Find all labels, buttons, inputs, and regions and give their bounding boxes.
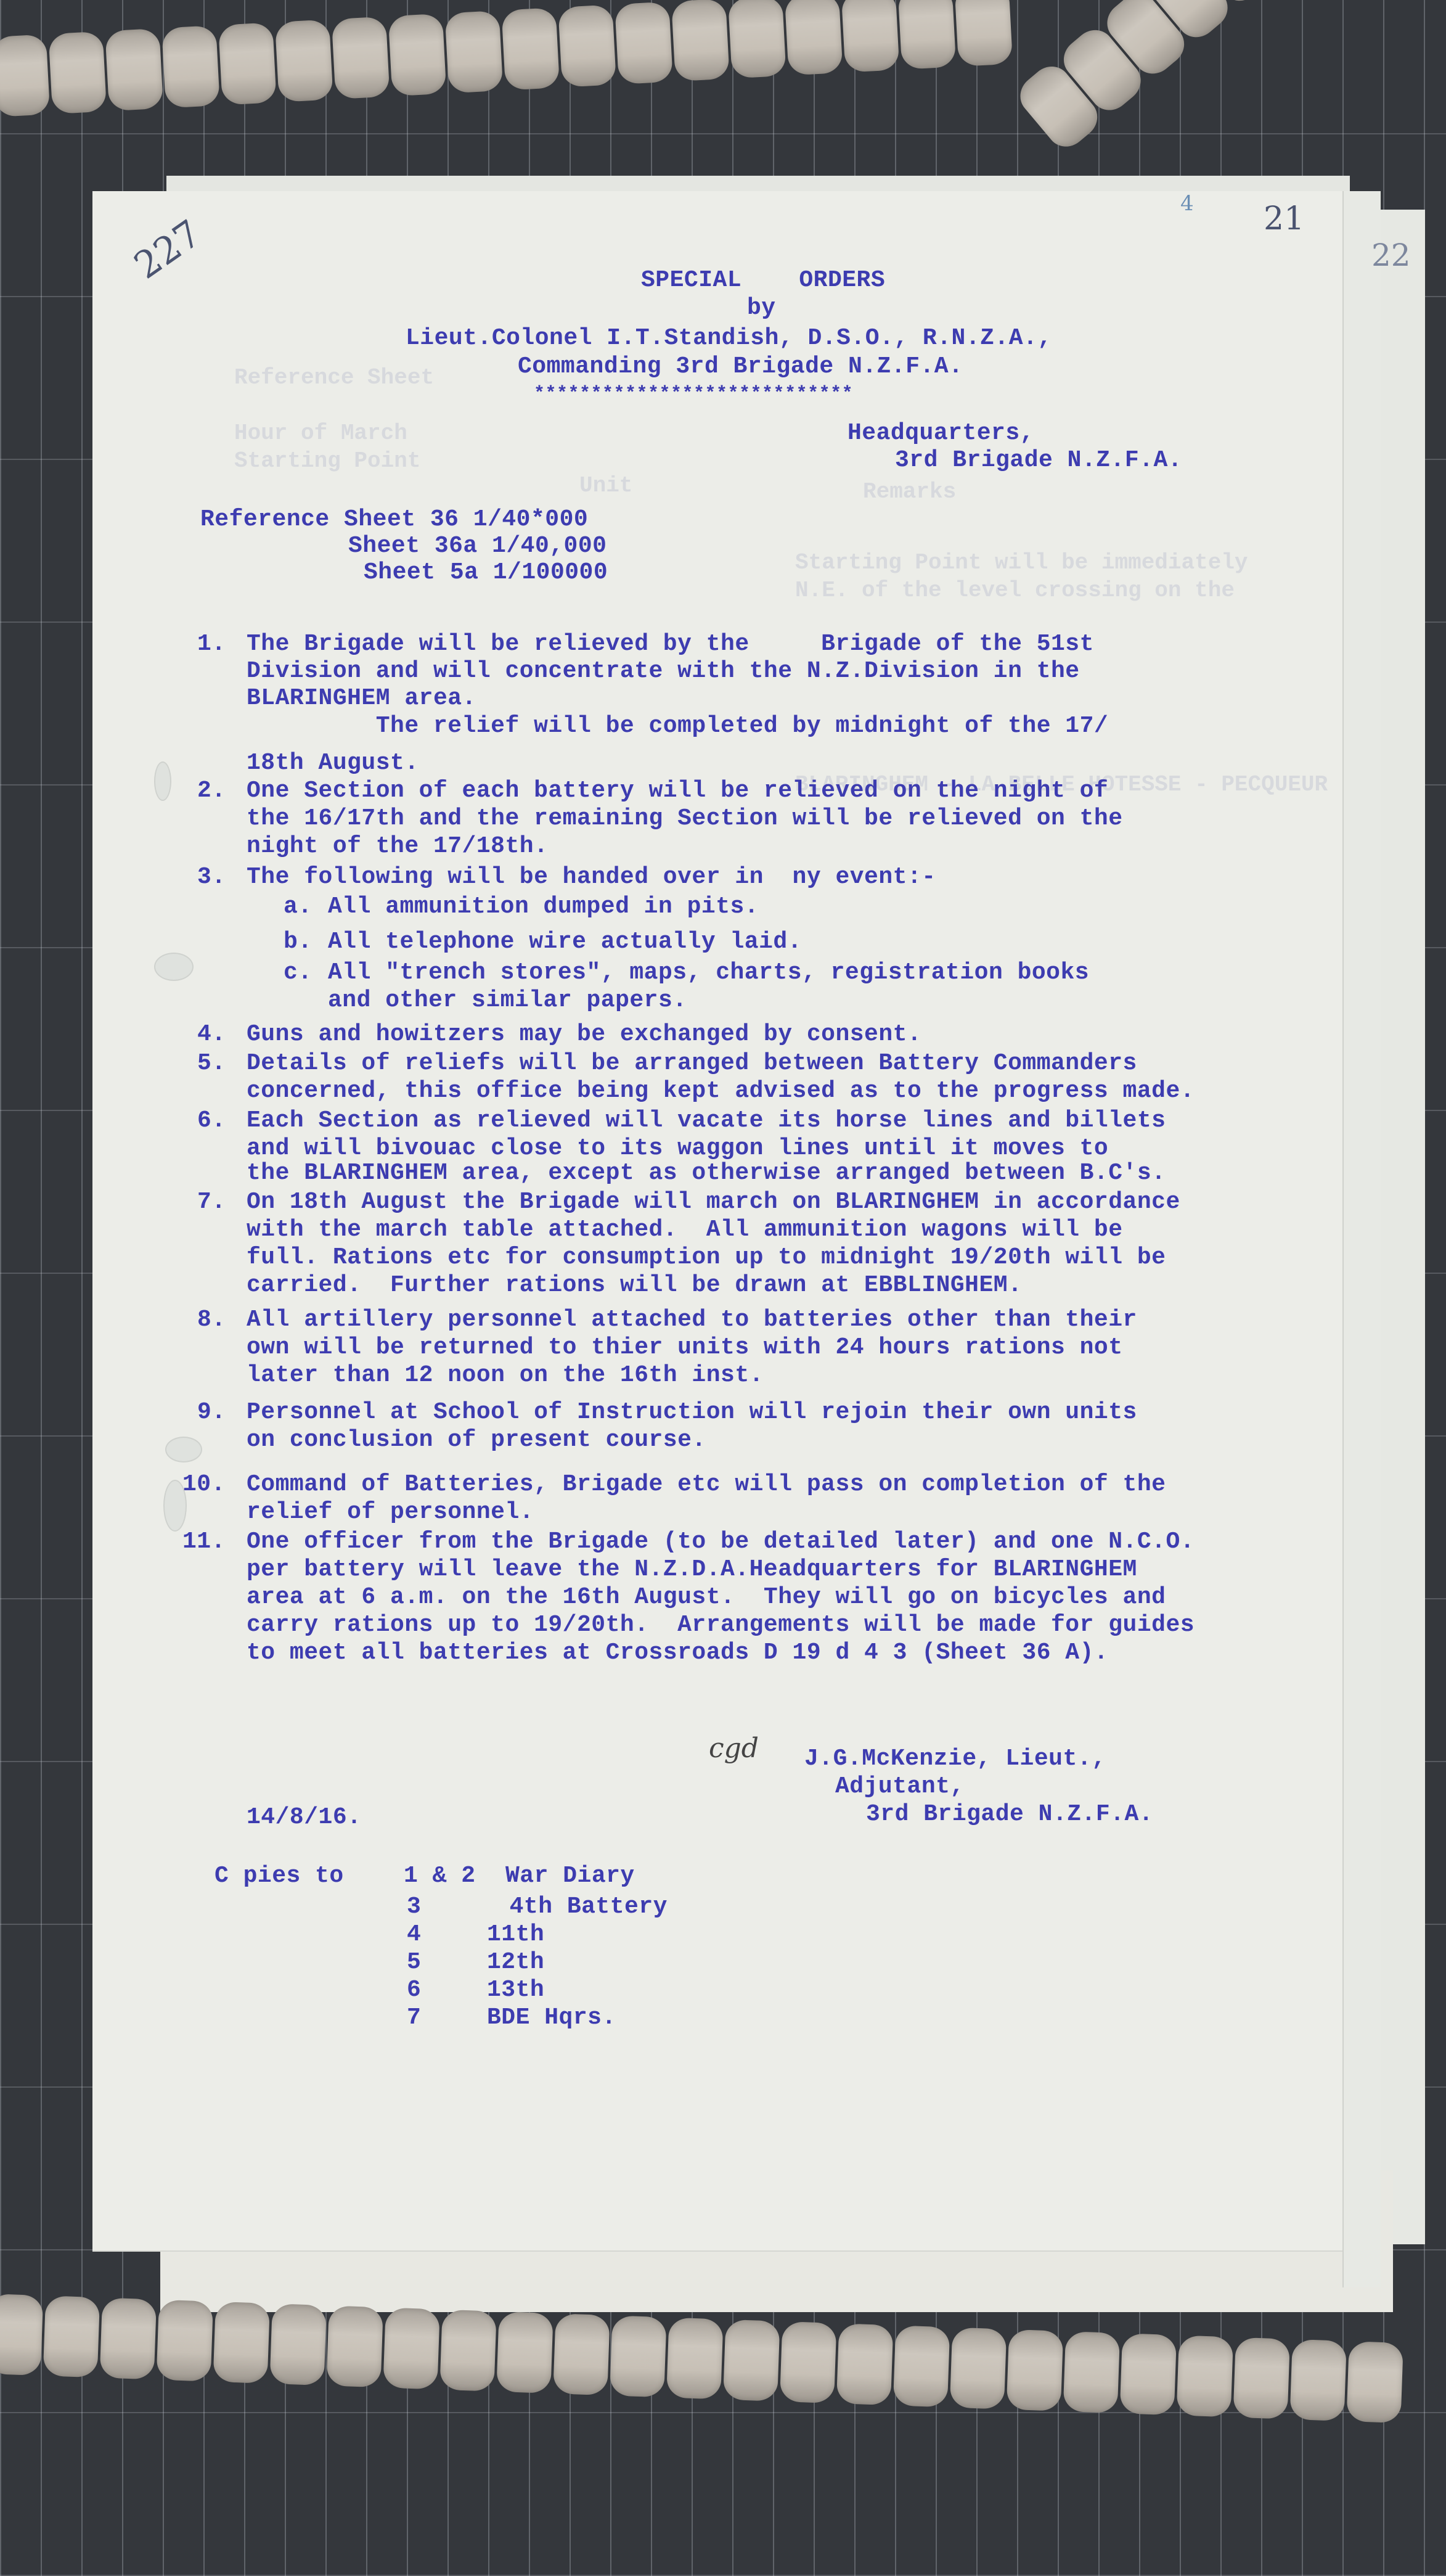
- suborder-number: c.: [284, 959, 312, 987]
- order-8-line: own will be returned to thier units with…: [247, 1334, 1123, 1361]
- order-6-line: the BLARINGHEM area, except as otherwise…: [247, 1159, 1166, 1187]
- order-9-line: Personnel at School of Instruction will …: [247, 1398, 1137, 1426]
- order-3-line: The following will be handed over in ny …: [247, 863, 936, 891]
- author-line: Lieut.Colonel I.T.Standish, D.S.O., R.N.…: [406, 324, 1052, 352]
- handwritten-initials: cgd: [709, 1733, 759, 1764]
- order-5-line: concerned, this office being kept advise…: [247, 1077, 1195, 1105]
- order-1-line: 18th August.: [247, 749, 419, 777]
- order-7-line: with the march table attached. All ammun…: [247, 1216, 1123, 1244]
- order-number: 4.: [197, 1020, 226, 1048]
- copies-number: 7: [407, 2004, 421, 2032]
- origin-brigade: 3rd Brigade N.Z.F.A.: [895, 446, 1182, 474]
- order-7-line: carried. Further rations will be drawn a…: [247, 1271, 1022, 1299]
- copies-destination: 4th Battery: [481, 1893, 668, 1921]
- order-4-line: Guns and howitzers may be exchanged by c…: [247, 1020, 921, 1048]
- order-2-line: One Section of each battery will be reli…: [247, 777, 1108, 805]
- order-10-line: relief of personnel.: [247, 1498, 534, 1526]
- order-11-line: area at 6 a.m. on the 16th August. They …: [247, 1583, 1166, 1611]
- folio-number-left: 227: [126, 211, 209, 287]
- order-number: 6.: [197, 1107, 226, 1134]
- order-11-line: per battery will leave the N.Z.D.A.Headq…: [247, 1556, 1137, 1583]
- order-number: 10.: [182, 1471, 226, 1498]
- copies-destination: 13th: [487, 1976, 544, 2004]
- order-3c-line: and other similar papers.: [328, 987, 687, 1014]
- order-number: 9.: [197, 1398, 226, 1426]
- order-3a-line: All ammunition dumped in pits.: [328, 893, 759, 921]
- suborder-number: a.: [284, 893, 312, 921]
- copies-number: 3: [407, 1893, 421, 1921]
- order-9-line: on conclusion of present course.: [247, 1426, 706, 1454]
- order-11-line: to meet all batteries at Crossroads D 19…: [247, 1639, 1108, 1667]
- folio-number-right: 21: [1264, 200, 1304, 237]
- order-10-line: Command of Batteries, Brigade etc will p…: [247, 1471, 1166, 1498]
- order-3c-line: All "trench stores", maps, charts, regis…: [328, 959, 1089, 987]
- order-title: SPECIAL ORDERS: [641, 266, 885, 294]
- order-number: 11.: [182, 1528, 226, 1556]
- signatory-unit: 3rd Brigade N.Z.F.A.: [866, 1800, 1153, 1828]
- order-8-line: All artillery personnel attached to batt…: [247, 1306, 1137, 1334]
- bleed-through-text: Starting Point will be immediately: [795, 549, 1248, 576]
- order-1-line: The relief will be completed by midnight…: [247, 712, 1108, 740]
- copies-destination: 11th: [487, 1921, 544, 1948]
- order-5-line: Details of reliefs will be arranged betw…: [247, 1049, 1137, 1077]
- folio-stamp-faint: 4: [1180, 191, 1194, 216]
- header-separator: ****************************: [534, 380, 853, 408]
- order-number: 5.: [197, 1049, 226, 1077]
- order-11-line: One officer from the Brigade (to be deta…: [247, 1528, 1195, 1556]
- order-2-line: night of the 17/18th.: [247, 832, 548, 860]
- order-3b-line: All telephone wire actually laid.: [328, 928, 802, 956]
- command-line: Commanding 3rd Brigade N.Z.F.A.: [518, 353, 963, 380]
- reference-sheet-5a: Sheet 5a 1/100000: [364, 559, 608, 586]
- bleed-through-text: N.E. of the level crossing on the: [795, 576, 1235, 604]
- order-number: 1.: [197, 630, 226, 658]
- signatory-name: J.G.McKenzie, Lieut.,: [804, 1745, 1106, 1773]
- copies-destination: War Diary: [505, 1862, 635, 1890]
- order-6-line: Each Section as relieved will vacate its…: [247, 1107, 1166, 1134]
- order-2-line: the 16/17th and the remaining Section wi…: [247, 805, 1123, 832]
- bleed-through-text: Starting Point: [234, 447, 420, 475]
- order-1-line: The Brigade will be relieved by the Brig…: [247, 630, 1094, 658]
- order-1-line: Division and will concentrate with the N…: [247, 657, 1080, 685]
- bleed-through-text: Reference Sheet: [234, 364, 434, 392]
- order-number: 8.: [197, 1306, 226, 1334]
- bleed-through-text: Hour of March: [234, 419, 407, 447]
- suborder-number: b.: [284, 928, 312, 956]
- copies-number: 5: [407, 1948, 421, 1976]
- copies-number: 4: [407, 1921, 421, 1948]
- copies-destination: BDE Hqrs.: [487, 2004, 616, 2032]
- order-8-line: later than 12 noon on the 16th inst.: [247, 1361, 764, 1389]
- order-6-line: and will bivouac close to its waggon lin…: [247, 1134, 1108, 1162]
- copies-number: 6: [407, 1976, 421, 2004]
- copies-number: 1 & 2: [404, 1862, 476, 1890]
- document: Reference Sheet Hour of March Starting P…: [0, 0, 1446, 2576]
- order-number: 2.: [197, 777, 226, 805]
- bleed-through-text: Remarks: [863, 478, 956, 506]
- order-7-line: full. Rations etc for consumption up to …: [247, 1244, 1166, 1271]
- copies-label: C pies to: [214, 1862, 344, 1890]
- origin-headquarters: Headquarters,: [848, 419, 1034, 447]
- order-number: 3.: [197, 863, 226, 891]
- order-number: 7.: [197, 1188, 226, 1216]
- copies-destination: 12th: [487, 1948, 544, 1976]
- reference-sheet-36a: Sheet 36a 1/40,000: [348, 532, 607, 560]
- bleed-through-text: Unit: [579, 472, 632, 499]
- folio-number-back: 22: [1371, 237, 1411, 273]
- reference-sheet-36: Reference Sheet 36 1/40*000: [200, 506, 588, 533]
- order-date: 14/8/16.: [247, 1803, 361, 1831]
- signatory-role: Adjutant,: [835, 1773, 965, 1800]
- order-by: by: [747, 294, 776, 322]
- order-7-line: On 18th August the Brigade will march on…: [247, 1188, 1180, 1216]
- order-11-line: carry rations up to 19/20th. Arrangement…: [247, 1611, 1195, 1639]
- order-1-line: BLARINGHEM area.: [247, 684, 476, 712]
